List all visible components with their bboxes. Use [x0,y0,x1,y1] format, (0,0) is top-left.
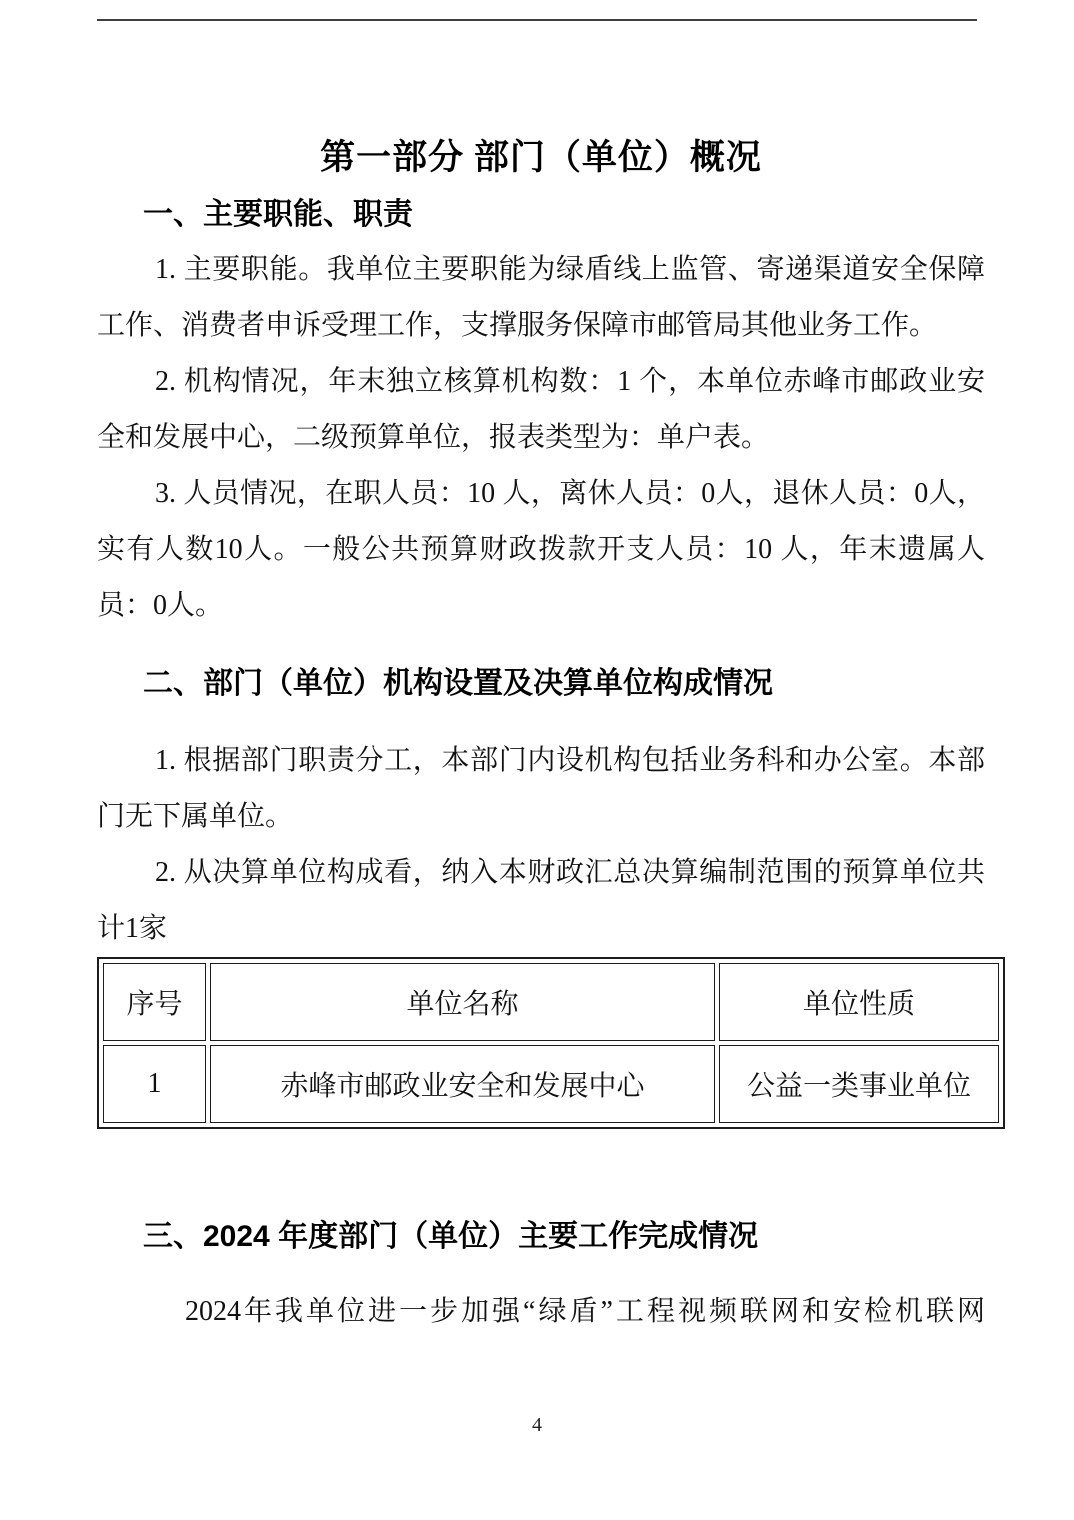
page-number: 4 [0,1414,1074,1437]
document-title: 第一部分 部门（单位）概况 [97,138,985,178]
table-header-serial-number: 序号 [103,963,206,1041]
section-1-paragraph-1: 1. 主要职能。我单位主要职能为绿盾线上监管、寄递渠道安全保障工作、消费者申诉受… [97,242,985,354]
budget-units-table: 序号 单位名称 单位性质 1 赤峰市邮政业安全和发展中心 公益一类事业单位 [97,957,1005,1129]
section-3-heading: 三、2024 年度部门（单位）主要工作完成情况 [97,1220,985,1254]
section-1-paragraph-2: 2. 机构情况，年末独立核算机构数：1 个，本单位赤峰市邮政业安全和发展中心，二… [97,354,985,466]
page-content: 第一部分 部门（单位）概况 一、主要职能、职责 1. 主要职能。我单位主要职能为… [97,0,985,1340]
section-3-paragraph-1: 2024年我单位进一步加强“绿盾”工程视频联网和安检机联网 [97,1284,985,1340]
table-cell-unit-type: 公益一类事业单位 [719,1045,999,1123]
document-page: 第一部分 部门（单位）概况 一、主要职能、职责 1. 主要职能。我单位主要职能为… [0,0,1074,1520]
section-2-paragraph-2: 2. 从决算单位构成看，纳入本财政汇总决算编制范围的预算单位共计1家 [97,845,985,957]
table-cell-serial-number: 1 [103,1045,206,1123]
table-row: 1 赤峰市邮政业安全和发展中心 公益一类事业单位 [103,1045,999,1123]
section-1-heading: 一、主要职能、职责 [97,198,985,232]
section-2-paragraph-1: 1. 根据部门职责分工，本部门内设机构包括业务科和办公室。本部门无下属单位。 [97,733,985,845]
section-2-heading: 二、部门（单位）机构设置及决算单位构成情况 [97,667,985,701]
table-header-unit-name: 单位名称 [210,963,715,1041]
section-1-paragraph-3: 3. 人员情况，在职人员：10 人，离休人员：0人，退休人员：0人，实有人数10… [97,466,985,634]
table-header-row: 序号 单位名称 单位性质 [103,963,999,1041]
table-cell-unit-name: 赤峰市邮政业安全和发展中心 [210,1045,715,1123]
table-header-unit-type: 单位性质 [719,963,999,1041]
